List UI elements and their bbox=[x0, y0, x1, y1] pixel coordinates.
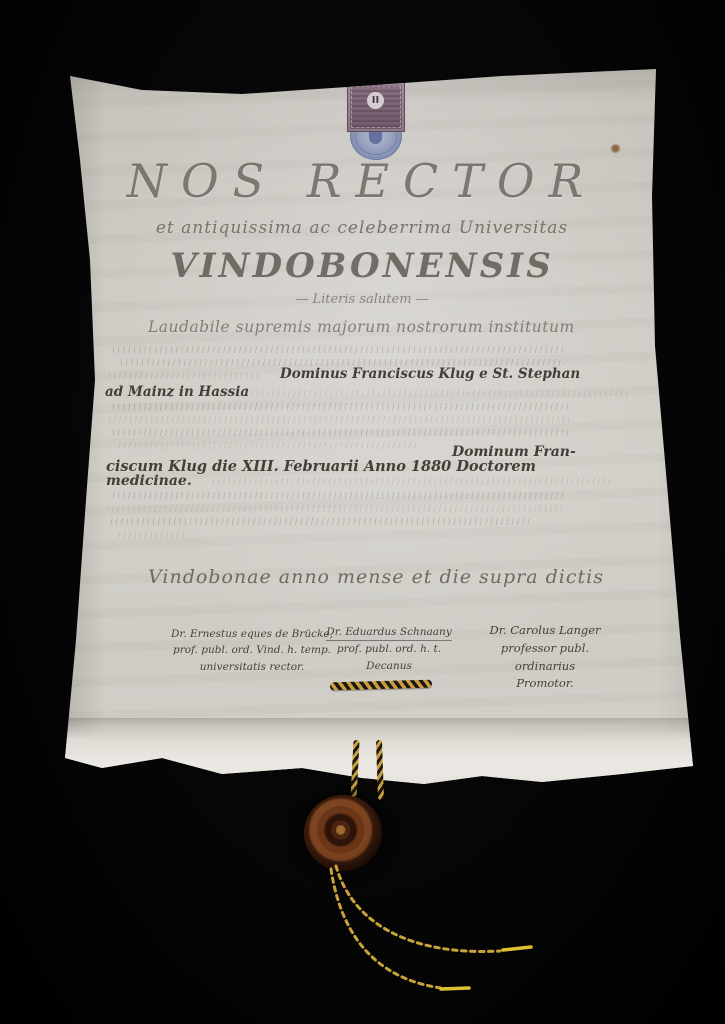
cord-tail-upper bbox=[336, 866, 500, 951]
seal-cord-tails bbox=[0, 0, 725, 1024]
cord-tail-upper-tip bbox=[503, 947, 531, 950]
cord-tail-lower bbox=[331, 869, 450, 989]
cord-tail-lower-tip bbox=[441, 988, 469, 989]
photo-background: II NOS RECTOR et antiquissima ac celeber… bbox=[0, 0, 725, 1024]
